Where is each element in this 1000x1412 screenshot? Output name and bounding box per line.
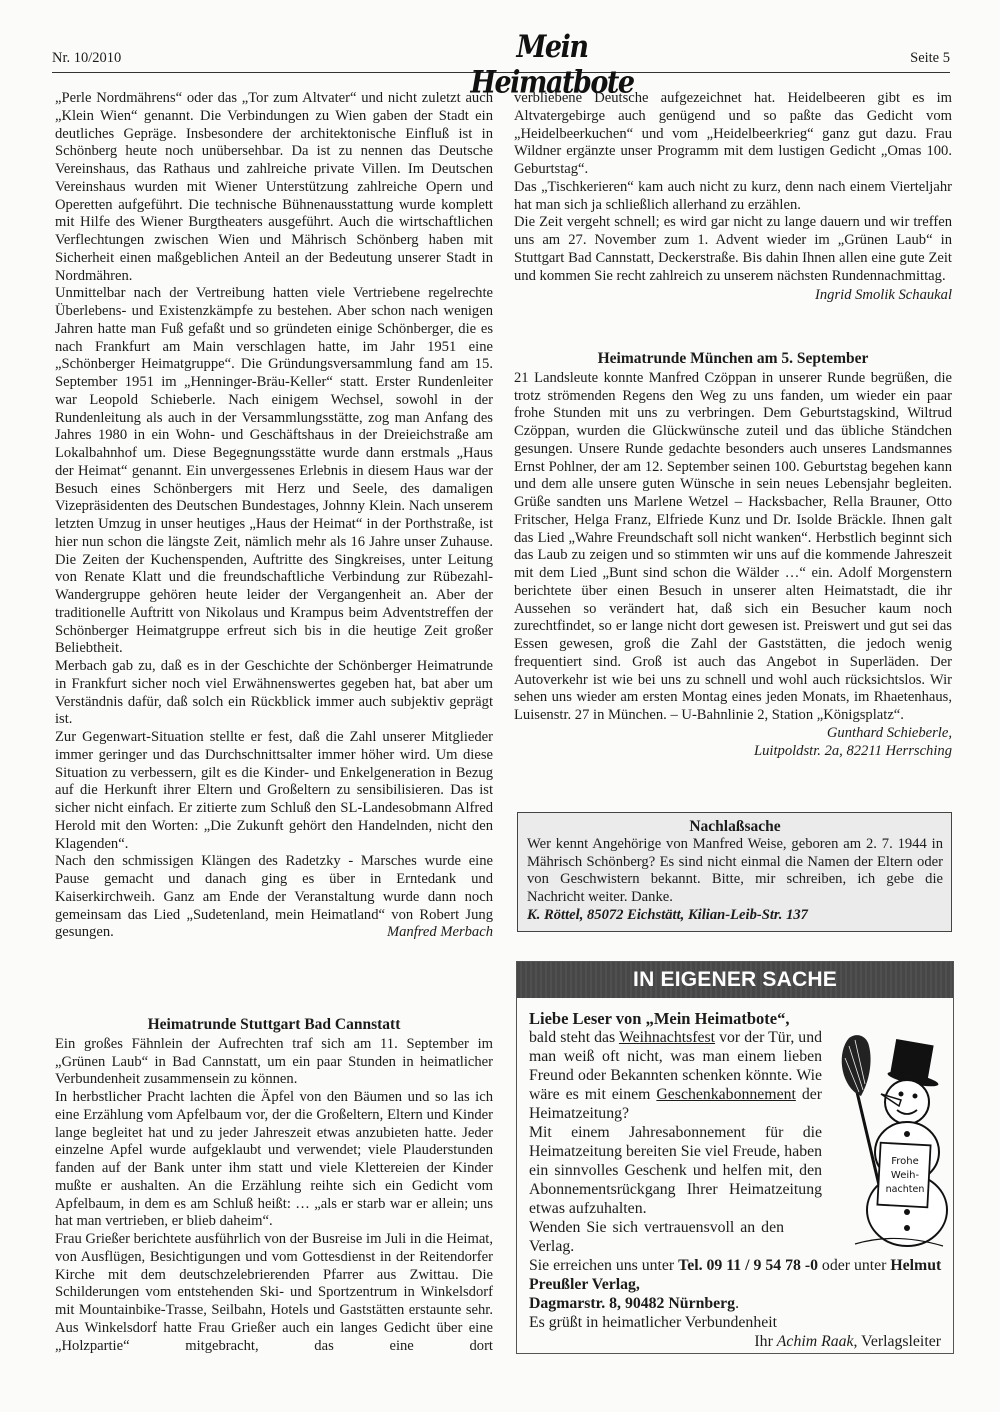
notice-contact: K. Röttel, 85072 Eichstätt, Kilian-Leib-… bbox=[527, 907, 943, 925]
paragraph: Wenden Sie sich vertrauensvoll an den Ve… bbox=[529, 1218, 784, 1256]
paragraph: Merbach gab zu, daß es in der Geschichte… bbox=[55, 658, 493, 729]
paragraph: Das „Tischkerieren“ kam auch nicht zu ku… bbox=[514, 179, 952, 215]
paragraph: Die Zeit vergeht schnell; es wird gar ni… bbox=[514, 214, 952, 285]
article-muenchen: Heimatrunde München am 5. September 21 L… bbox=[514, 350, 952, 760]
sign-line: Frohe bbox=[891, 1156, 919, 1167]
paragraph: Zur Gegenwart-Situation stellte er fest,… bbox=[55, 729, 493, 853]
weihnachtsfest-underlined: Weihnachtsfest bbox=[619, 1029, 715, 1046]
author-address: Luitpoldstr. 2a, 82211 Herrsching bbox=[514, 743, 952, 761]
closing-signature: Ihr Achim Raak, Verlagsleiter bbox=[529, 1332, 941, 1351]
paragraph: Mit einem Jahresabonnement für die Heima… bbox=[529, 1123, 822, 1218]
article-author: Gunthard Schieberle, bbox=[514, 725, 952, 743]
paragraph: Es grüßt in heimatlicher Verbundenheit bbox=[529, 1313, 947, 1332]
text: oder unter bbox=[818, 1257, 890, 1274]
notice-text: Wer kennt Angehörige von Manfred Weise, … bbox=[527, 836, 943, 907]
article-author: Manfred Merbach bbox=[55, 924, 493, 942]
article-author: Ingrid Smolik Schaukal bbox=[514, 287, 952, 305]
paragraph: 21 Landsleute konnte Manfred Czöppan in … bbox=[514, 370, 952, 725]
right-column: verbliebene Deutsche aufgezeichnet hat. … bbox=[514, 90, 952, 305]
greeting: Liebe Leser von „Mein Heimatbote“, bbox=[529, 1009, 947, 1028]
section-banner: IN EIGENER SACHE bbox=[517, 962, 953, 998]
text: Ihr bbox=[754, 1333, 776, 1350]
paragraph: In herbstlicher Pracht lachten die Äpfel… bbox=[55, 1089, 493, 1231]
in-eigener-sache-box: IN EIGENER SACHE Liebe Leser von „Mein H… bbox=[516, 961, 954, 1354]
paragraph: Ein großes Fähnlein der Aufrechten traf … bbox=[55, 1036, 493, 1089]
page-number: Seite 5 bbox=[910, 50, 950, 67]
notice-title: Nachlaßsache bbox=[527, 818, 943, 836]
geschenkabonnement-underlined: Geschenkabonnement bbox=[656, 1086, 796, 1103]
text: . bbox=[735, 1295, 739, 1312]
contact-paragraph: Sie erreichen uns unter Tel. 09 11 / 9 5… bbox=[529, 1256, 947, 1313]
paragraph: „Perle Nordmährens“ oder das „Tor zum Al… bbox=[55, 90, 493, 285]
snowman-icon: Frohe Weih- nachten bbox=[835, 1032, 950, 1252]
notice-box: Nachlaßsache Wer kennt Angehörige von Ma… bbox=[517, 812, 952, 932]
phone-number: Tel. 09 11 / 9 54 78 -0 bbox=[678, 1257, 818, 1274]
sign-line: Weih- bbox=[891, 1170, 920, 1181]
signer-name: Achim Raak bbox=[777, 1333, 854, 1350]
paragraph: Unmittelbar nach der Vertreibung hatten … bbox=[55, 285, 493, 658]
paragraph: Frau Grießer berichtete ausführlich von … bbox=[55, 1231, 493, 1355]
article-title: Heimatrunde Stuttgart Bad Cannstatt bbox=[55, 1016, 493, 1034]
issue-number: Nr. 10/2010 bbox=[52, 50, 121, 67]
text: bald steht das bbox=[529, 1029, 619, 1046]
sign-line: nachten bbox=[886, 1184, 925, 1195]
article-stuttgart: Heimatrunde Stuttgart Bad Cannstatt Ein … bbox=[55, 1016, 493, 1355]
article-stuttgart-continued: verbliebene Deutsche aufgezeichnet hat. … bbox=[514, 90, 952, 305]
text: , Verlagsleiter bbox=[854, 1333, 941, 1350]
article-frankfurt: „Perle Nordmährens“ oder das „Tor zum Al… bbox=[55, 90, 493, 942]
page-header: Nr. 10/2010 Mein Heimatbote Seite 5 bbox=[52, 36, 950, 73]
paragraph: verbliebene Deutsche aufgezeichnet hat. … bbox=[514, 90, 952, 179]
paragraph: bald steht das Weihnachtsfest vor der Tü… bbox=[529, 1028, 822, 1123]
text: Sie erreichen uns unter bbox=[529, 1257, 678, 1274]
publisher-address: Dagmarstr. 8, 90482 Nürnberg bbox=[529, 1295, 735, 1312]
article-title: Heimatrunde München am 5. September bbox=[514, 350, 952, 368]
left-column: „Perle Nordmährens“ oder das „Tor zum Al… bbox=[55, 90, 493, 942]
